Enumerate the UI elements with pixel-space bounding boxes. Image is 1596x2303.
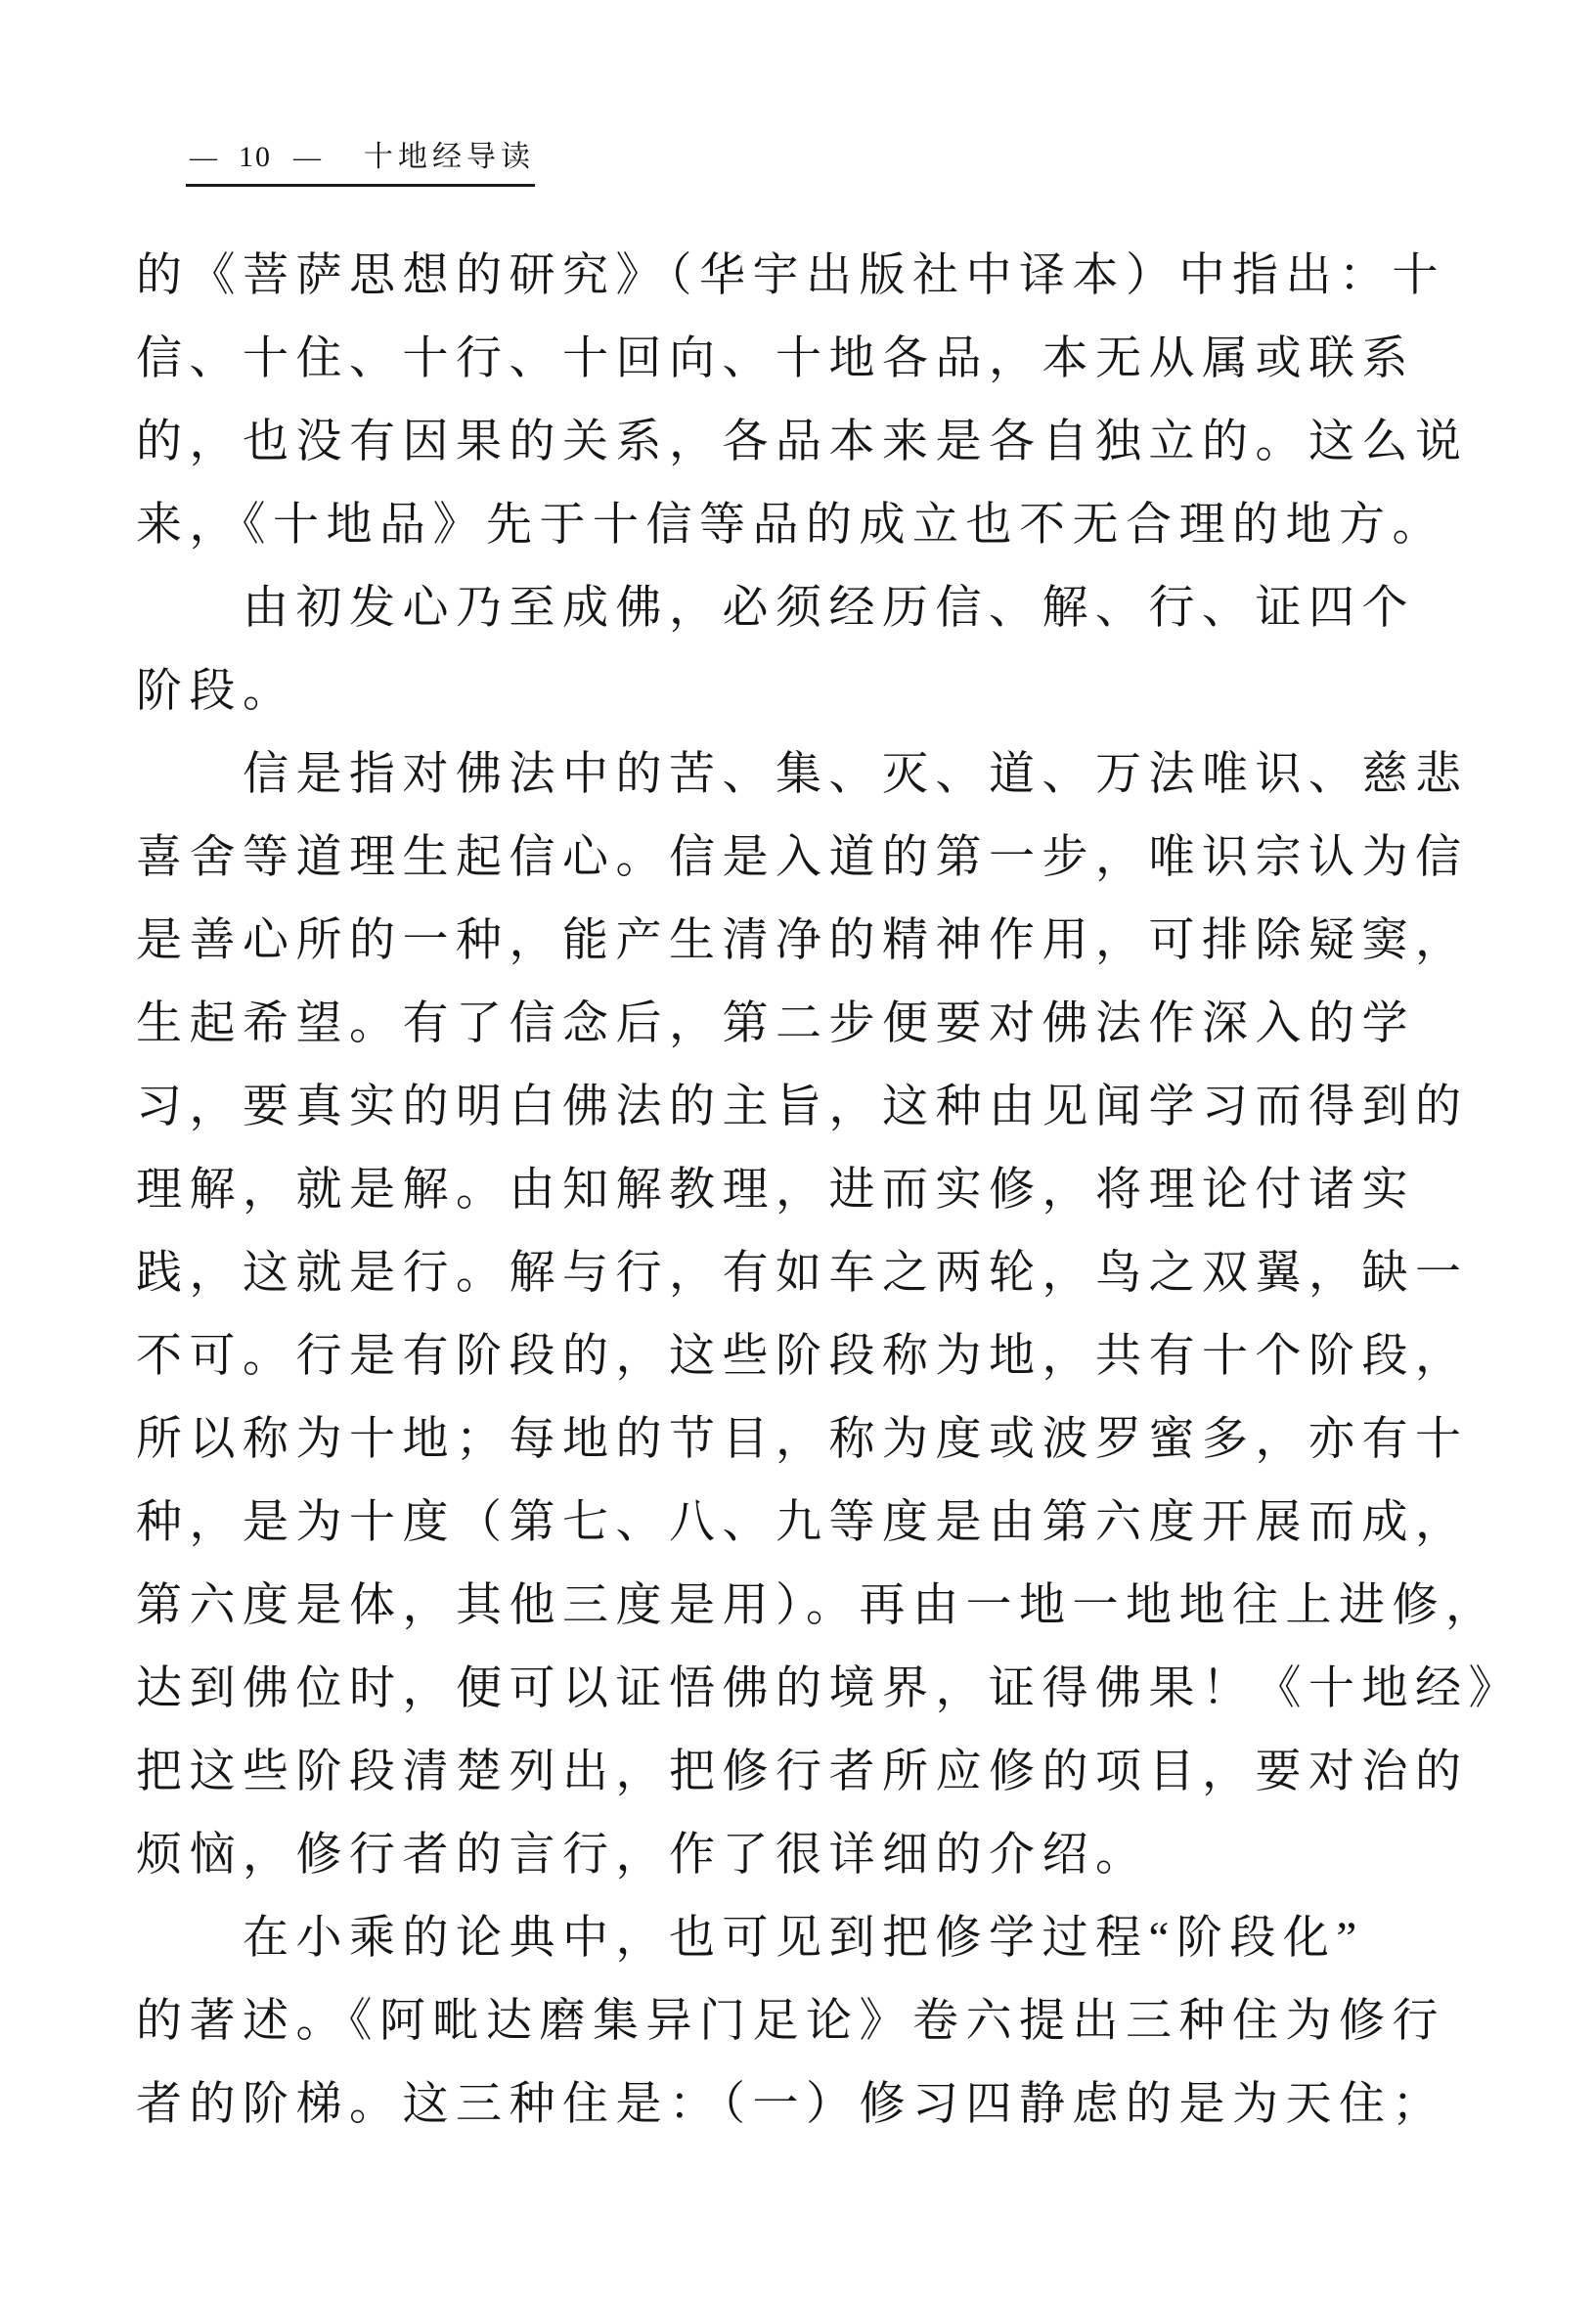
text-line: 喜舍等道理生起信心。信是入道的第一步，唯识宗认为信 [136,817,1485,900]
text-line: 践，这就是行。解与行，有如车之两轮，鸟之双翼，缺一 [136,1232,1485,1315]
text-line: 的，也没有因果的关系，各品本来是各自独立的。这么说 [136,401,1485,484]
text-line: 习，要真实的明白佛法的主旨，这种由见闻学习而得到的 [136,1066,1485,1149]
text-line: 的著述。《阿毗达磨集异门足论》卷六提出三种住为修行 [136,1980,1485,2063]
running-header: — 10 — 十地经导读 [186,141,535,187]
text-line: 是善心所的一种，能产生清净的精神作用，可排除疑窦， [136,900,1485,983]
header-right-dash: — [289,142,325,175]
page-number: 10 [221,141,289,174]
text-line: 理解，就是解。由知解教理，进而实修，将理论付诸实 [136,1149,1485,1232]
text-line: 在小乘的论典中，也可见到把修学过程“阶段化” [136,1897,1485,1980]
scanned-book-page: — 10 — 十地经导读 的《菩萨思想的研究》（华宇出版社中译本）中指出：十 信… [0,0,1596,2303]
text-line: 达到佛位时，便可以证悟佛的境界，证得佛果！《十地经》 [136,1648,1485,1731]
text-line: 的《菩萨思想的研究》（华宇出版社中译本）中指出：十 [136,235,1485,318]
text-line: 信是指对佛法中的苦、集、灭、道、万法唯识、慈悲 [136,733,1485,817]
text-line: 生起希望。有了信念后，第二步便要对佛法作深入的学 [136,983,1485,1066]
text-line: 种，是为十度（第七、八、九等度是由第六度开展而成， [136,1482,1485,1565]
book-title: 十地经导读 [364,141,535,174]
header-left-dash: — [186,142,221,175]
text-line: 由初发心乃至成佛，必须经历信、解、行、证四个 [136,567,1485,650]
text-line: 阶段。 [136,650,1485,733]
text-line: 者的阶梯。这三种住是：（一）修习四静虑的是为天住； [136,2063,1485,2147]
text-line: 信、十住、十行、十回向、十地各品，本无从属或联系 [136,318,1485,401]
text-line: 烦恼，修行者的言行，作了很详细的介绍。 [136,1814,1485,1897]
text-line: 第六度是体，其他三度是用）。再由一地一地地往上进修， [136,1565,1485,1648]
text-line: 所以称为十地；每地的节目，称为度或波罗蜜多，亦有十 [136,1398,1485,1482]
text-line: 把这些阶段清楚列出，把修行者所应修的项目，要对治的 [136,1731,1485,1814]
text-line: 不可。行是有阶段的，这些阶段称为地，共有十个阶段， [136,1315,1485,1398]
text-line: 来，《十地品》先于十信等品的成立也不无合理的地方。 [136,484,1485,567]
body-text: 的《菩萨思想的研究》（华宇出版社中译本）中指出：十 信、十住、十行、十回向、十地… [136,235,1485,2147]
